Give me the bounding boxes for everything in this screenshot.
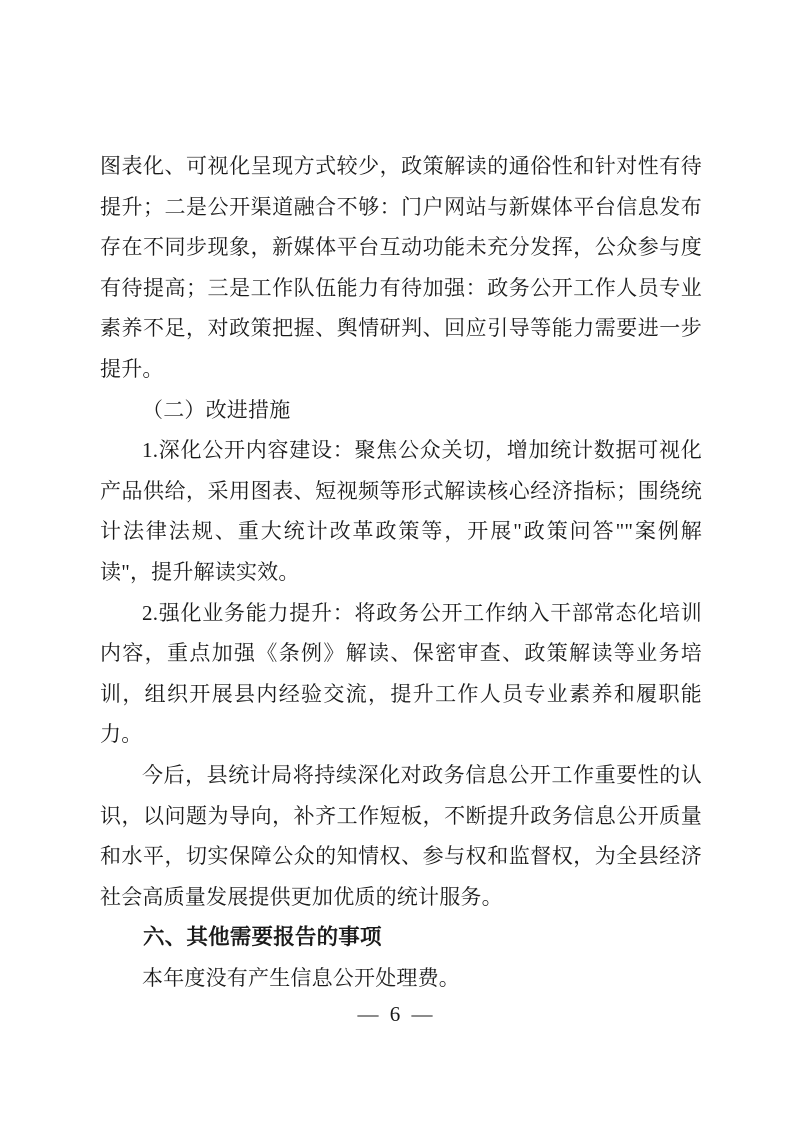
paragraph-deficiencies-continuation: 图表化、可视化呈现方式较少，政策解读的通俗性和针对性有待提升；二是公开渠道融合不… xyxy=(100,146,702,390)
section-subheading-improvement-measures: （二）改进措施 xyxy=(100,390,702,431)
page-footer: — 6 — xyxy=(0,1002,793,1027)
section-heading-other-matters: 六、其他需要报告的事项 xyxy=(100,917,702,958)
paragraph-future-outlook: 今后，县统计局将持续深化对政务信息公开工作重要性的认识，以问题为导向，补齐工作短… xyxy=(100,755,702,917)
paragraph-no-processing-fees: 本年度没有产生信息公开处理费。 xyxy=(100,958,702,999)
page-number: — 6 — xyxy=(358,1002,436,1026)
document-page: 图表化、可视化呈现方式较少，政策解读的通俗性和针对性有待提升；二是公开渠道融合不… xyxy=(0,0,793,1122)
document-body: 图表化、可视化呈现方式较少，政策解读的通俗性和针对性有待提升；二是公开渠道融合不… xyxy=(100,146,702,998)
paragraph-measure-1-content-building: 1.深化公开内容建设：聚焦公众关切，增加统计数据可视化产品供给，采用图表、短视频… xyxy=(100,430,702,592)
paragraph-measure-2-capability-training: 2.强化业务能力提升：将政务公开工作纳入干部常态化培训内容，重点加强《条例》解读… xyxy=(100,593,702,755)
